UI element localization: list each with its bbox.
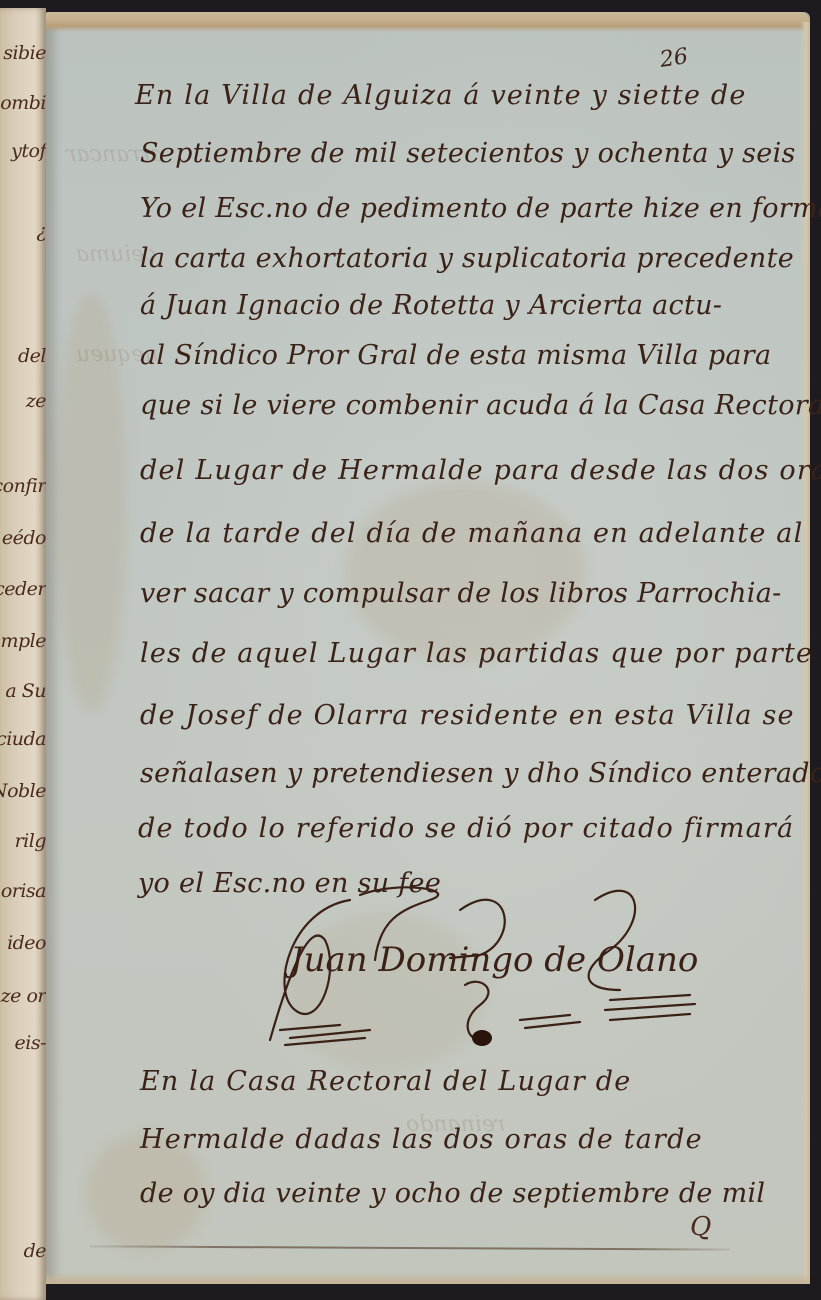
facing-fragment: sibie (0, 42, 46, 64)
text-line: En la Casa Rectoral del Lugar de (140, 1068, 631, 1095)
text-line: de oy dia veinte y ocho de septiembre de… (140, 1180, 765, 1207)
facing-fragment: ceder (0, 578, 46, 600)
facing-fragment: rilg (0, 830, 46, 852)
facing-fragment: Noble (0, 780, 46, 802)
facing-fragment: orisa (0, 880, 46, 902)
facing-fragment: eis- (0, 1032, 46, 1054)
text-line: de la tarde del día de mañana en adelant… (140, 520, 803, 547)
facing-fragment: ciuda (0, 728, 46, 750)
facing-fragment: a Su (0, 680, 46, 702)
facing-fragment: ombi (0, 92, 46, 114)
page-bottom-edge (46, 1272, 810, 1284)
facing-fragment: ideo (0, 932, 46, 954)
text-line: Hermalde dadas las dos oras de tarde (140, 1126, 703, 1153)
facing-fragment: ytof (0, 140, 46, 162)
manuscript-scan: sibie ombi ytof ¿ del ze confir eédo ced… (0, 0, 821, 1300)
text-line: de todo lo referido se dió por citado fi… (138, 815, 794, 842)
facing-fragment: del (0, 345, 46, 367)
catchword: Q (690, 1212, 711, 1242)
text-line: les de aquel Lugar las partidas que por … (140, 640, 813, 667)
text-line: la carta exhortatoria y suplicatoria pre… (140, 245, 794, 272)
facing-fragment: confir (0, 475, 46, 497)
text-line: de Josef de Olarra residente en esta Vil… (140, 702, 795, 729)
facing-fragment: de (0, 1240, 46, 1262)
text-line: En la Villa de Alguiza á veinte y siette… (135, 82, 747, 109)
folio-number: 26 (658, 44, 689, 73)
facing-fragment: ze (0, 390, 46, 412)
text-line: ver sacar y compulsar de los libros Parr… (140, 580, 782, 607)
text-line: del Lugar de Hermalde para desde las dos… (140, 457, 821, 484)
text-line: que si le viere combenir acuda á la Casa… (140, 392, 821, 419)
facing-fragment: eédo (0, 527, 46, 549)
page-top-edge (46, 12, 810, 32)
facing-fragment: emple (0, 630, 46, 652)
signature-name: Juan Domingo de Olano (290, 940, 698, 980)
facing-page-strip: sibie ombi ytof ¿ del ze confir eédo ced… (0, 8, 46, 1300)
facing-fragment: ¿ (0, 220, 46, 242)
text-line: á Juan Ignacio de Rotetta y Arcierta act… (140, 292, 722, 319)
stain (346, 482, 586, 662)
signature-block: Juan Domingo de Olano (250, 880, 730, 1050)
text-line: señalasen y pretendiesen y dho Síndico e… (140, 760, 821, 787)
text-line: Yo el Esc.no de pedimento de parte hize … (140, 195, 821, 222)
text-line: al Síndico Pror Gral de esta misma Villa… (140, 342, 771, 369)
facing-fragment: ze or (0, 985, 46, 1007)
text-line: Septiembre de mil setecientos y ochenta … (140, 140, 796, 167)
